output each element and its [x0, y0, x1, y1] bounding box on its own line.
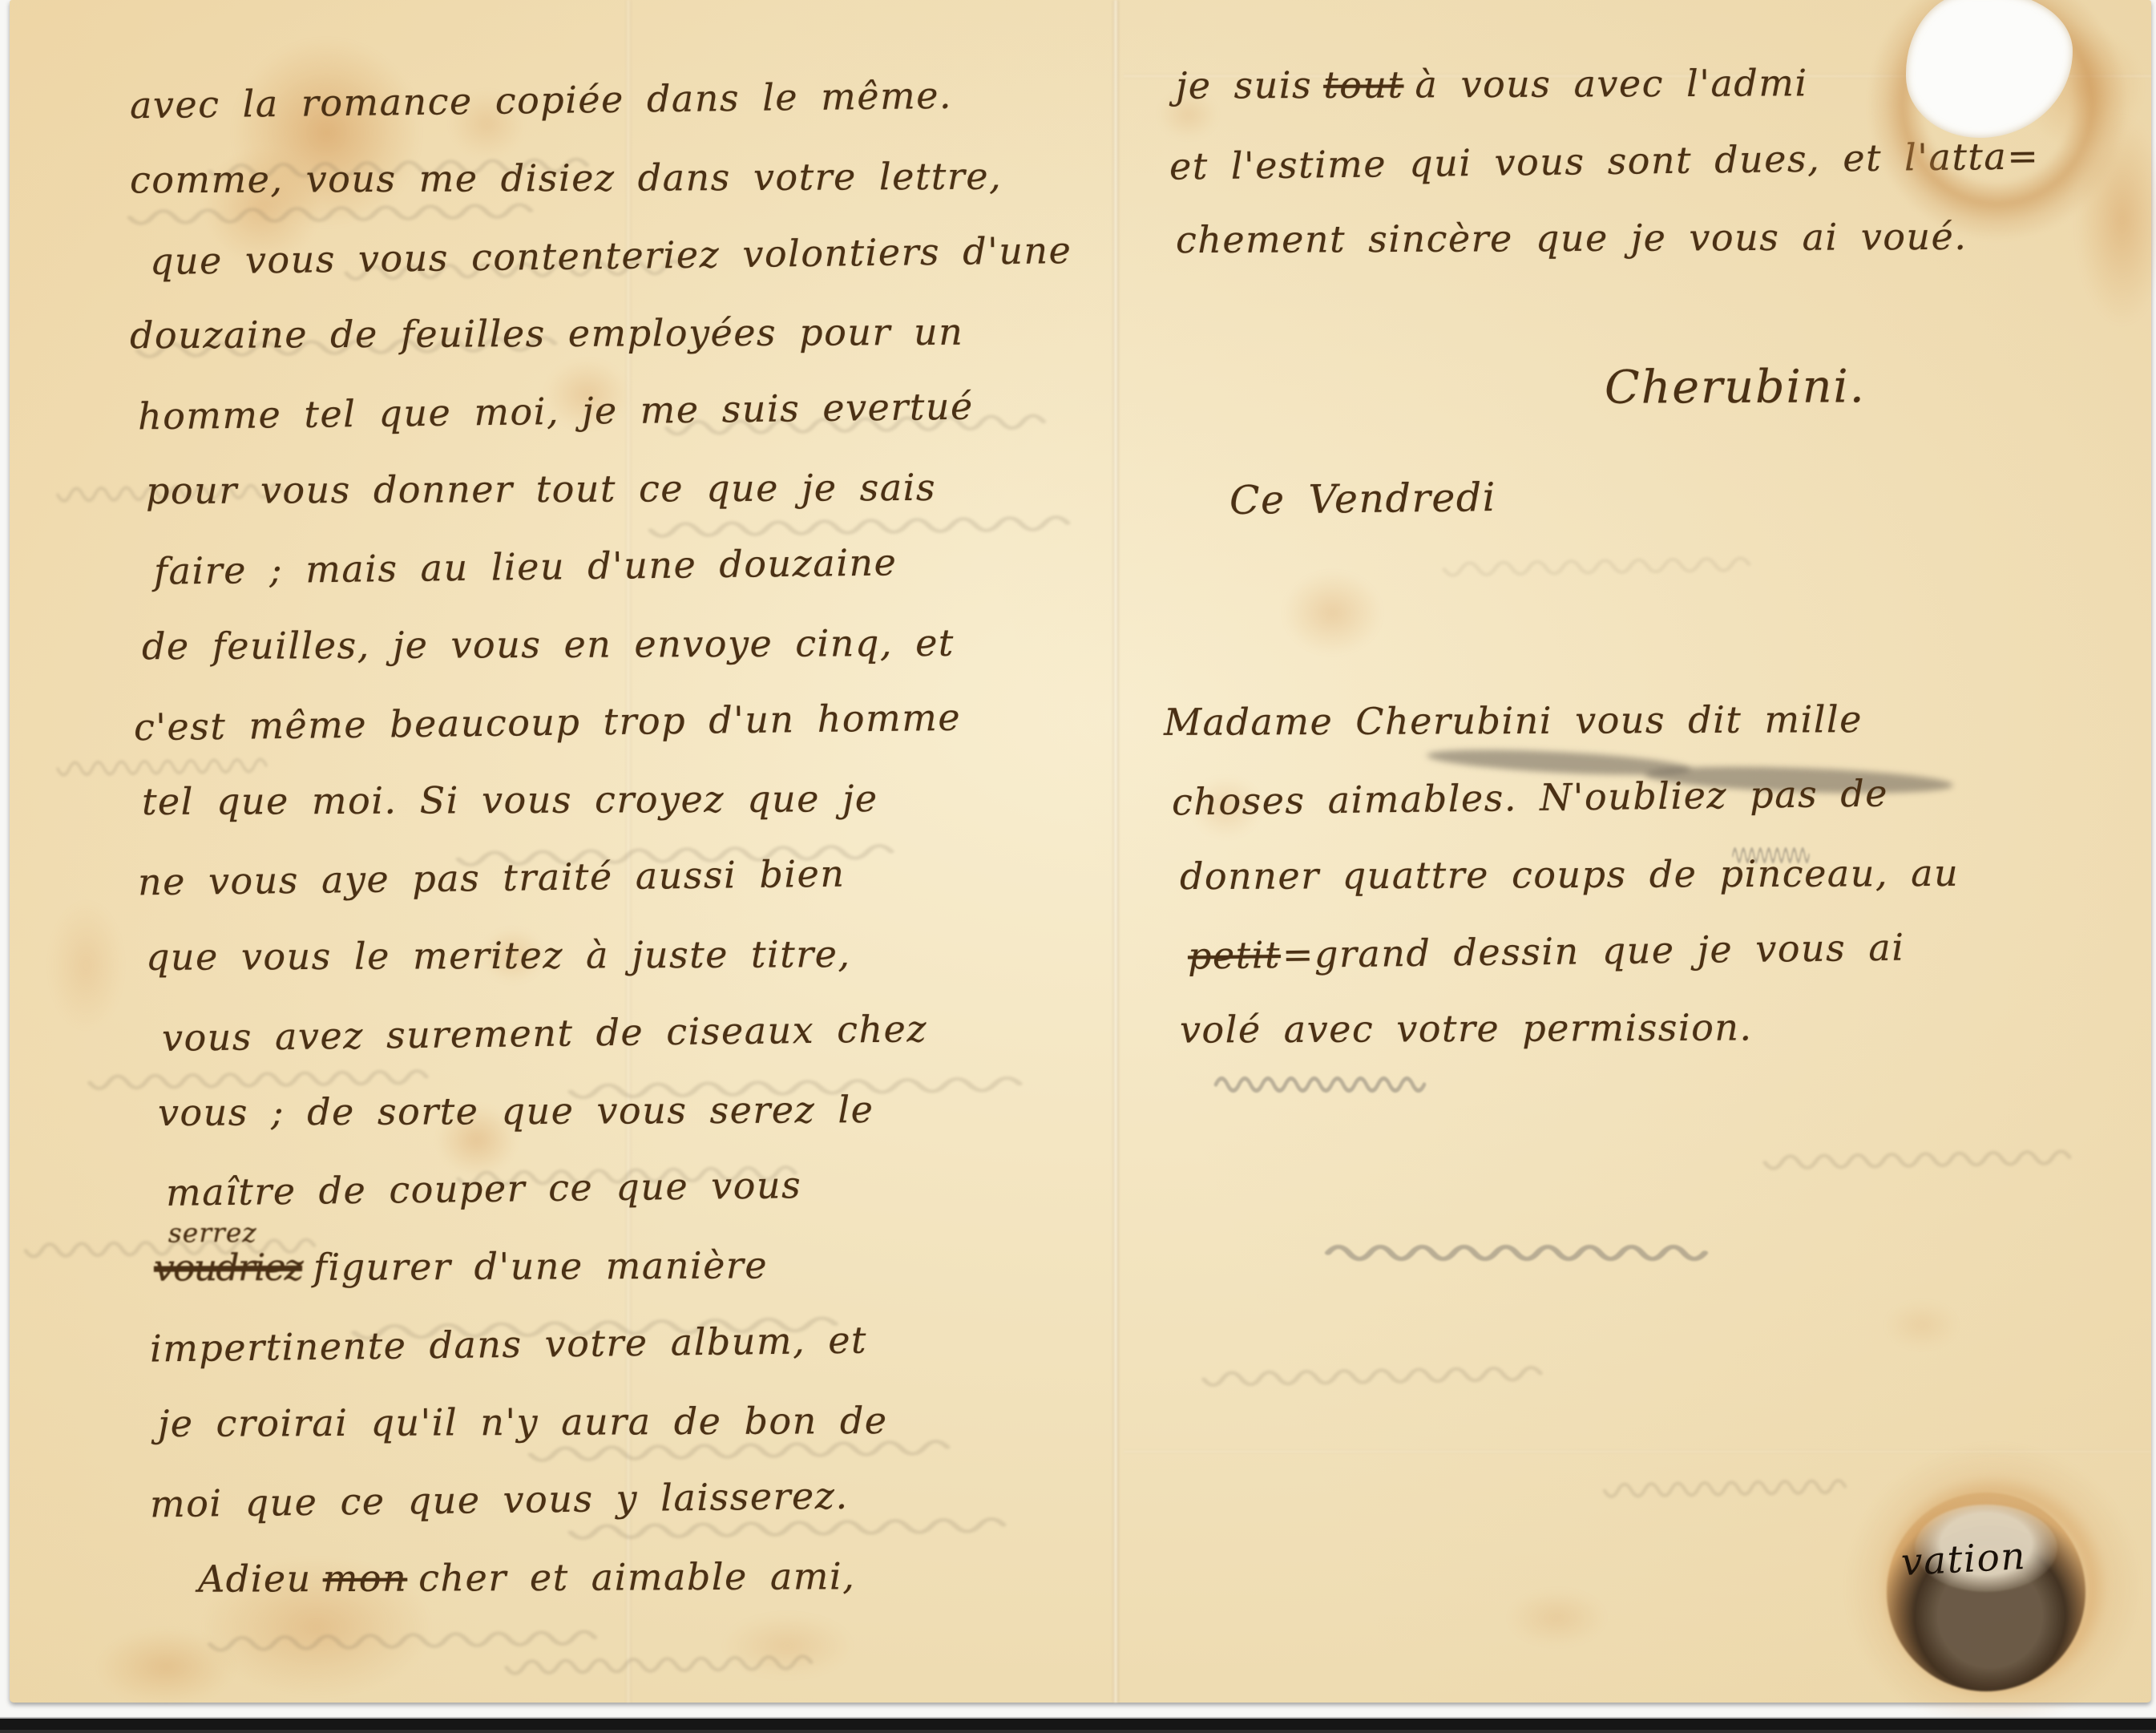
line-text: =grand dessin que je vous ai — [1282, 926, 1905, 976]
manuscript-line: chement sincère que je vous ai voué. — [1176, 215, 1968, 261]
scanner-background-band — [0, 1717, 2156, 1733]
manuscript-line: volé avec votre permission. — [1180, 1005, 1753, 1051]
manuscript-line: moi que ce que vous y laisserez. — [150, 1474, 849, 1526]
line-text: figurer d'une manière — [313, 1243, 768, 1288]
manuscript-line: Madame Cherubini vous dit mille — [1164, 697, 1863, 744]
manuscript-line-corrected: petit=grand dessin que je vous ai — [1188, 926, 1905, 978]
manuscript-line: vous ; de sorte que vous serez le — [158, 1088, 874, 1134]
struck-word: tout — [1323, 63, 1404, 106]
letter-scan-paper: avec la romance copiée dans le même. com… — [10, 0, 2151, 1703]
manuscript-line: de feuilles, je vous en envoye cinq, et — [142, 621, 955, 668]
line-text: Adieu — [198, 1557, 312, 1601]
pencil-scrawl — [1328, 1241, 1705, 1265]
showthrough-writing — [651, 511, 1068, 542]
manuscript-line: comme, vous me disiez dans votre lettre, — [130, 155, 1002, 202]
showthrough-writing — [1765, 1145, 2069, 1175]
manuscript-line: douzaine de feuilles employées pour un — [130, 310, 964, 358]
manuscript-line: choses aimables. N'oubliez pas de — [1172, 772, 1889, 824]
manuscript-line-closing: je suistoutà vous avec l'admi — [1176, 61, 1808, 107]
manuscript-line: avec la romance copiée dans le même. — [130, 74, 953, 127]
manuscript-line: que vous le meritez à juste titre, — [146, 932, 851, 979]
manuscript-line: maître de couper ce que vous — [166, 1163, 802, 1214]
paper-stain — [1507, 1589, 1607, 1646]
manuscript-line: donner quattre coups de pinceau, au — [1180, 851, 1959, 898]
manuscript-line: faire ; mais au lieu d'une douzaine — [154, 540, 898, 592]
showthrough-writing — [130, 199, 531, 230]
manuscript-line-farewell: Adieumoncher et aimable ami, — [198, 1554, 856, 1601]
manuscript-line: je croirai qu'il n'y aura de bon de — [158, 1399, 888, 1445]
pencil-scrawl — [1216, 1073, 1424, 1097]
manuscript-line-corrected: voudriezserrezfigurer d'une manière — [154, 1243, 768, 1289]
showthrough-writing — [58, 753, 266, 782]
manuscript-line: pour vous donner tout ce que je sais — [146, 466, 936, 512]
struck-word: petit — [1188, 933, 1282, 977]
line-text: cher et aimable ami, — [418, 1554, 855, 1599]
manuscript-line: ne vous aye pas traité aussi bien — [138, 852, 846, 904]
manuscript-line: c'est même beaucoup trop d'un homme — [134, 696, 962, 749]
stain-text-fragment: vation — [1900, 1534, 2028, 1585]
signature: Cherubini. — [1605, 360, 1866, 414]
struck-word: mon — [323, 1557, 408, 1600]
paper-stain — [48, 899, 124, 1032]
dateline: Ce Vendredi — [1229, 475, 1497, 523]
manuscript-line: vous avez surement de ciseaux chez — [162, 1007, 928, 1060]
burn-stain — [1887, 1493, 2085, 1691]
showthrough-writing — [1204, 1361, 1540, 1391]
inserted-correction-word: serrez — [168, 1217, 257, 1248]
center-fold-crease — [1112, 0, 1119, 1703]
scribbled-out-word: voudriezserrez — [154, 1246, 302, 1290]
paper-stain — [1883, 1300, 1960, 1350]
showthrough-writing — [1444, 552, 1749, 582]
manuscript-line: tel que moi. Si vous croyez que je — [142, 777, 878, 823]
paper-stain — [1282, 571, 1383, 655]
line-text: à vous avec l'admi — [1415, 61, 1807, 106]
line-text: je suis — [1176, 63, 1312, 107]
showthrough-writing — [1605, 1474, 1845, 1502]
manuscript-line: impertinente dans votre album, et — [150, 1319, 868, 1371]
